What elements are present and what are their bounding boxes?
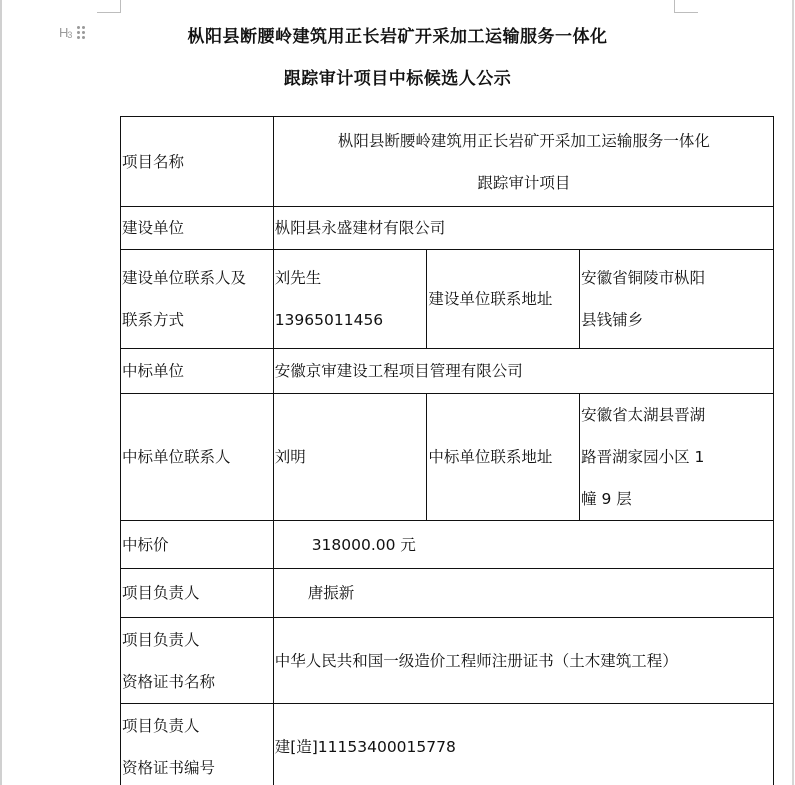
row-label: 中标价 [122,536,169,554]
row-label: 建设单位 [122,219,184,237]
address-cell: 安徽省铜陵市枞阳 县钱铺乡 [580,250,774,349]
row-label-line-1: 项目负责人 [122,705,273,747]
contact-name: 刘先生 [275,257,427,299]
table-row-bid-price: 中标价 318000.00 元 [121,521,774,569]
contact-cell: 刘先生 13965011456 [273,250,427,349]
table-row-winner: 中标单位 安徽京审建设工程项目管理有限公司 [121,349,774,394]
label-cell: 项目负责人 [121,569,274,618]
table-row-project-lead: 项目负责人 唐振新 [121,569,774,618]
address-line-2: 路晋湖家园小区 1 [581,436,773,478]
value-cell: 安徽京审建设工程项目管理有限公司 [273,349,773,394]
contact-phone: 13965011456 [275,299,427,341]
builder-name: 枞阳县永盛建材有限公司 [275,219,446,237]
label-cell: 建设单位 [121,207,274,250]
row-label-line-1: 建设单位联系人及 [122,257,273,299]
contact-name: 刘明 [275,448,306,466]
bid-price: 318000.00 元 [312,536,416,554]
page-edge-right [792,0,794,785]
project-name-line-1: 枞阳县断腰岭建筑用正长岩矿开采加工运输服务一体化 [275,120,773,162]
label-cell: 中标价 [121,521,274,569]
row-label: 中标单位联系人 [122,448,231,466]
project-lead-name: 唐振新 [308,584,355,602]
project-name-line-2: 跟踪审计项目 [275,162,773,204]
label-cell: 项目负责人 资格证书名称 [121,618,274,704]
value-cell: 中华人民共和国一级造价工程师注册证书（土木建筑工程） [273,618,773,704]
address-label: 建设单位联系地址 [428,290,552,308]
row-label-line-2: 资格证书名称 [122,661,273,703]
document-title-line-1: 枞阳县断腰岭建筑用正长岩矿开采加工运输服务一体化 [0,22,795,47]
cert-number: 建[造]11153400015778 [275,738,456,756]
label-cell: 建设单位联系人及 联系方式 [121,250,274,349]
table-row-project-name: 项目名称 枞阳县断腰岭建筑用正长岩矿开采加工运输服务一体化 跟踪审计项目 [121,117,774,207]
address-line-2: 县钱铺乡 [581,299,773,341]
address-cell: 安徽省太湖县晋湖 路晋湖家园小区 1 幢 9 层 [580,394,774,521]
table-row-builder: 建设单位 枞阳县永盛建材有限公司 [121,207,774,250]
address-label-cell: 中标单位联系地址 [427,394,580,521]
winner-name: 安徽京审建设工程项目管理有限公司 [275,362,523,380]
row-label-line-2: 联系方式 [122,299,273,341]
page-edge-left [0,0,2,785]
table-row-cert-name: 项目负责人 资格证书名称 中华人民共和国一级造价工程师注册证书（土木建筑工程） [121,618,774,704]
contact-cell: 刘明 [273,394,427,521]
row-label-line-1: 项目负责人 [122,619,273,661]
row-label-line-2: 资格证书编号 [122,747,273,785]
value-cell: 枞阳县永盛建材有限公司 [273,207,773,250]
address-line-1: 安徽省太湖县晋湖 [581,394,773,436]
document-title-line-2: 跟踪审计项目中标候选人公示 [0,64,795,89]
value-cell: 318000.00 元 [273,521,773,569]
cert-name: 中华人民共和国一级造价工程师注册证书（土木建筑工程） [275,652,678,670]
row-label: 中标单位 [122,362,184,380]
value-cell: 唐振新 [273,569,773,618]
table-row-winner-contact: 中标单位联系人 刘明 中标单位联系地址 安徽省太湖县晋湖 路晋湖家园小区 1 幢… [121,394,774,521]
address-line-1: 安徽省铜陵市枞阳 [581,257,773,299]
label-cell: 中标单位 [121,349,274,394]
label-cell: 中标单位联系人 [121,394,274,521]
label-cell: 项目名称 [121,117,274,207]
address-label: 中标单位联系地址 [428,448,552,466]
address-line-3: 幢 9 层 [581,478,773,520]
margin-corner-mark-left [97,0,121,13]
margin-corner-mark-right [674,0,698,13]
table-row-builder-contact: 建设单位联系人及 联系方式 刘先生 13965011456 建设单位联系地址 安… [121,250,774,349]
row-label: 项目名称 [122,153,184,171]
row-label: 项目负责人 [122,584,200,602]
table-row-cert-number: 项目负责人 资格证书编号 建[造]11153400015778 [121,704,774,785]
value-cell: 枞阳县断腰岭建筑用正长岩矿开采加工运输服务一体化 跟踪审计项目 [273,117,773,207]
value-cell: 建[造]11153400015778 [273,704,773,785]
label-cell: 项目负责人 资格证书编号 [121,704,274,785]
address-label-cell: 建设单位联系地址 [427,250,580,349]
bid-info-table: 项目名称 枞阳县断腰岭建筑用正长岩矿开采加工运输服务一体化 跟踪审计项目 建设单… [120,116,774,785]
